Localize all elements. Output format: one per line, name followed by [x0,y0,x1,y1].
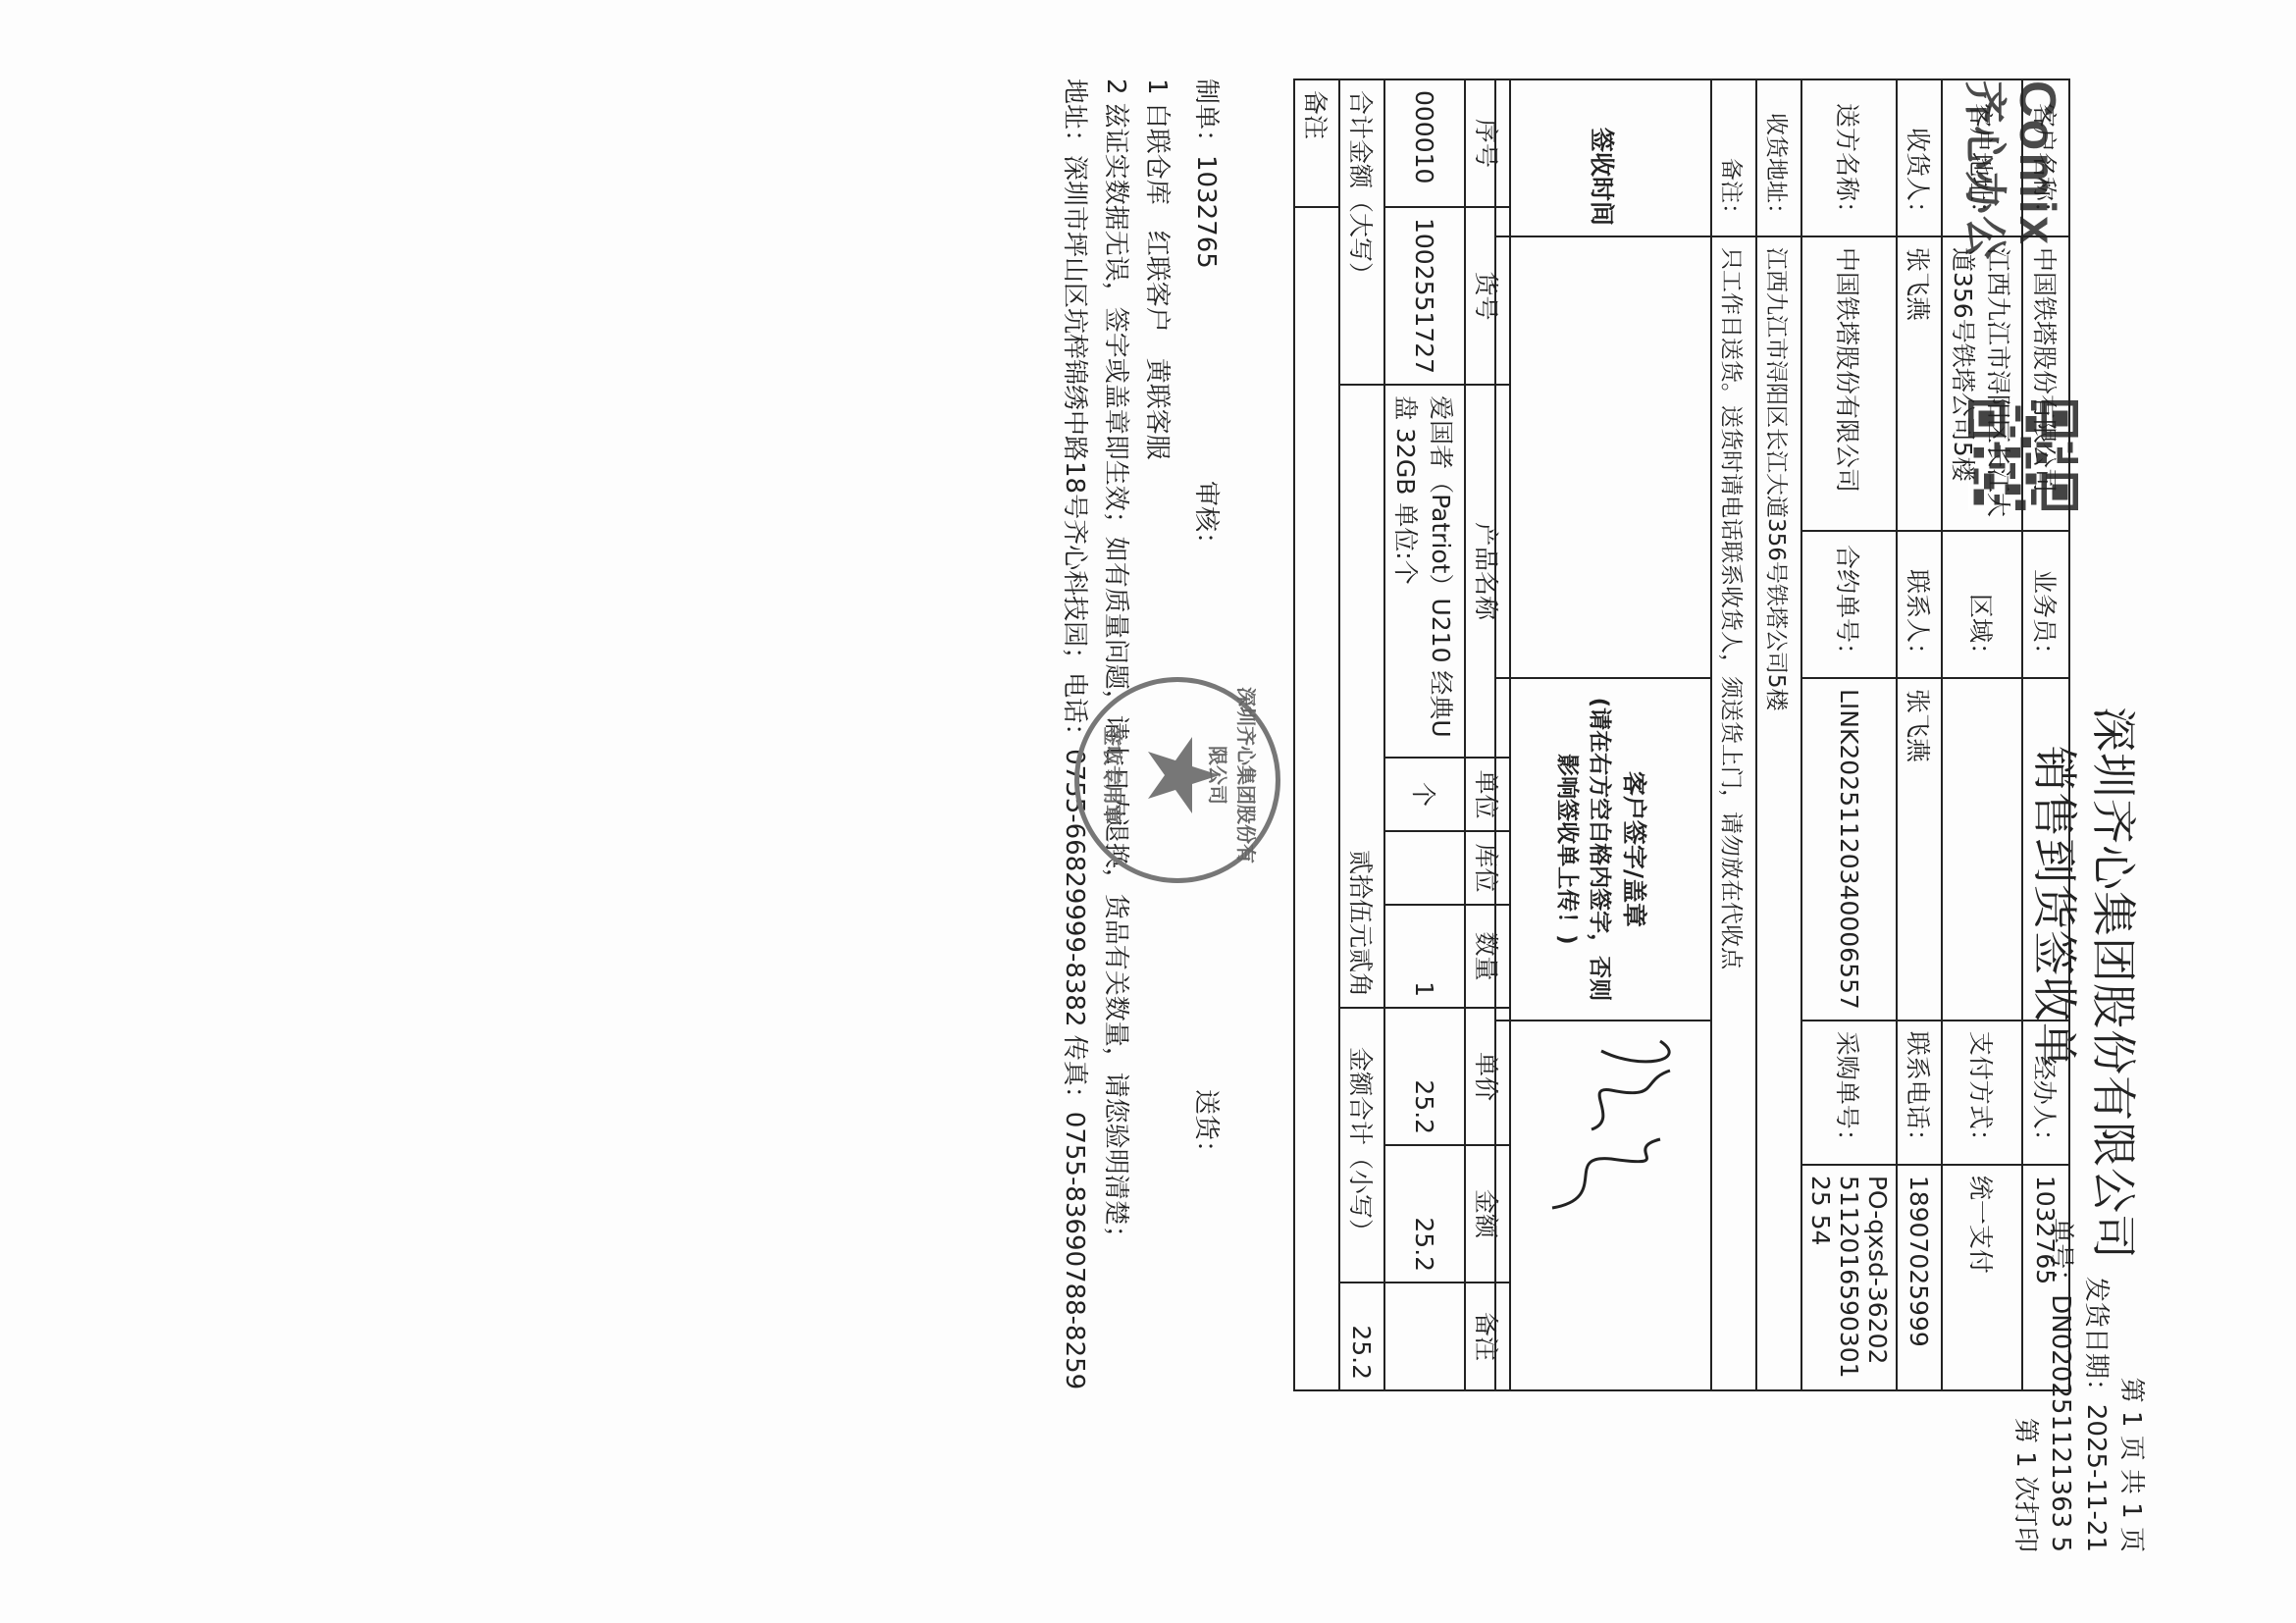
item-name: 爱国者（Patriot）U210 经典U盘 32GB 单位:个 [1384,385,1465,758]
contact: 张飞燕 [1897,678,1942,1021]
handler-label: 经办人： [2022,1021,2069,1165]
col-header-product: 产品名称 [1465,385,1510,758]
totals-row: 合计金额（大写） 贰拾伍元贰角 金额合计（小写） 25.2 [1339,79,1384,1390]
items-table: 序号 货号 产品名称 单位 库位 数量 单价 金额 备注 000010 1002… [1293,79,1511,1391]
salesperson [2022,678,2069,1021]
po-no: PO-qxsd-36202511201659030125 54 [1801,1165,1897,1390]
item-unit: 个 [1384,758,1465,831]
company-seal: 深圳齐心集团股份有限公司 签收专用章 [1074,677,1280,883]
delivery: 送货： [1185,1089,1226,1166]
payment: 统一支付 [1942,1165,2022,1390]
delivery-receipt-page: Comix 齐心办公 深圳齐心集团股份有限公司 销售到货签收单 第 1 页 共 … [0,0,2296,1623]
remark: 只工作日送货。送货时请电话联系收货人，须送货上门，请勿放在代收点 [1711,236,1756,1390]
note-row: 备注 [1294,79,1339,1390]
contract-label: 合约单号： [1801,531,1897,678]
consignee: 张飞燕 [1897,236,1942,531]
region [1942,678,2022,1021]
phone-label: 联系电话： [1897,1021,1942,1165]
note-label: 备注 [1294,79,1339,207]
ship-date: 2025-11-21 [2081,1404,2111,1552]
ship-to-label: 送方名称： [1801,79,1897,236]
customer-name: 中国铁塔股份有限公司 [2022,236,2069,531]
total-upper: 贰拾伍元贰角 [1339,385,1384,1008]
remark-label: 备注： [1711,79,1756,236]
info-table: 客户名称： 中国铁塔股份有限公司 业务员： 经办人： 1032765 客户地址：… [1494,79,2070,1391]
contact-label: 联系人： [1897,531,1942,678]
col-header-qty: 数量 [1465,905,1510,1008]
info-row: 备注： 只工作日送货。送货时请电话联系收货人，须送货上门，请勿放在代收点 [1711,79,1756,1390]
col-header-amount: 金额 [1465,1145,1510,1283]
item-qty: 1 [1384,905,1465,1008]
total-upper-label: 合计金额（大写） [1339,79,1384,385]
sign-title: 客户签字/盖章 [1618,689,1653,1010]
delivery-address: 江西九江市浔阳区长江大道356号铁塔公司5楼 [1756,236,1801,1390]
item-seq: 000010 [1384,79,1465,207]
ship-to: 中国铁塔股份有限公司 [1801,236,1897,531]
items-header: 序号 货号 产品名称 单位 库位 数量 单价 金额 备注 [1465,79,1510,1390]
consignee-label: 收货人： [1897,79,1942,236]
sign-time-field[interactable] [1495,236,1711,678]
po-label: 采购单号： [1801,1021,1897,1165]
item-sku: 1002551727 [1384,207,1465,385]
reviewer: 审核： [1185,481,1226,557]
info-row: 客户名称： 中国铁塔股份有限公司 业务员： 经办人： 1032765 [2022,79,2069,1390]
info-row: 送方名称： 中国铁塔股份有限公司 合约单号： LINK2025112034000… [1801,79,1897,1390]
signature-row: 签收时间 客户签字/盖章 (请在右方空白格内签字，否则影响签收单上传！) [1495,79,1711,1390]
company-name: 深圳齐心集团股份有限公司 [2084,707,2149,1260]
sign-time-label: 签收时间 [1495,79,1711,236]
sign-note: (请在右方空白格内签字，否则影响签收单上传！) [1553,689,1618,1010]
item-price: 25.2 [1384,1008,1465,1145]
item-location [1384,831,1465,905]
info-row: 收货地址： 江西九江市浔阳区长江大道356号铁塔公司5楼 [1756,79,1801,1390]
item-amount: 25.2 [1384,1145,1465,1283]
handler: 1032765 [2022,1165,2069,1390]
col-header-sku: 货号 [1465,207,1510,385]
signature-field[interactable] [1495,1021,1711,1390]
sign-instructions: 客户签字/盖章 (请在右方空白格内签字，否则影响签收单上传！) [1495,678,1711,1021]
seal-text-outer: 深圳齐心集团股份有限公司 [1205,682,1262,868]
customer-address: 江西九江市浔阳区长江大道356号铁塔公司5楼 [1942,236,2022,531]
col-header-seq: 序号 [1465,79,1510,207]
handwritten-signature-icon [1513,1031,1699,1228]
page-info: 第 1 页 共 1 页 [2113,1218,2149,1552]
delivery-address-label: 收货地址： [1756,79,1801,236]
contract-no: LINK20251120340006557 [1801,678,1897,1021]
maker: 1032765 [1191,155,1221,269]
reviewer-label: 审核： [1191,481,1221,557]
ship-date-row: 发货日期：2025-11-21 [2078,1218,2113,1552]
note [1294,207,1339,1390]
region-label: 区域： [1942,531,2022,678]
payment-label: 支付方式： [1942,1021,2022,1165]
col-header-unit: 单位 [1465,758,1510,831]
delivery-label: 送货： [1191,1089,1221,1166]
col-header-remark: 备注 [1465,1283,1510,1390]
total-lower-label: 金额合计（小写） [1339,1008,1384,1283]
item-remark [1384,1283,1465,1390]
col-header-price: 单价 [1465,1008,1510,1145]
col-header-location: 库位 [1465,831,1510,905]
maker-label: 制单： [1191,79,1221,155]
salesperson-label: 业务员： [2022,531,2069,678]
phone: 18907025999 [1897,1165,1942,1390]
customer-name-label: 客户名称： [2022,79,2069,236]
info-row: 客户地址： 江西九江市浔阳区长江大道356号铁塔公司5楼 区域： 支付方式： 统… [1942,79,2022,1390]
seal-text-inner: 签收专用章 [1100,682,1128,868]
table-row: 000010 1002551727 爱国者（Patriot）U210 经典U盘 … [1384,79,1465,1390]
customer-address-label: 客户地址： [1942,79,2022,236]
total-lower: 25.2 [1339,1283,1384,1390]
ship-date-label: 发货日期： [2081,1277,2111,1404]
info-row: 收货人： 张飞燕 联系人： 张飞燕 联系电话： 18907025999 [1897,79,1942,1390]
